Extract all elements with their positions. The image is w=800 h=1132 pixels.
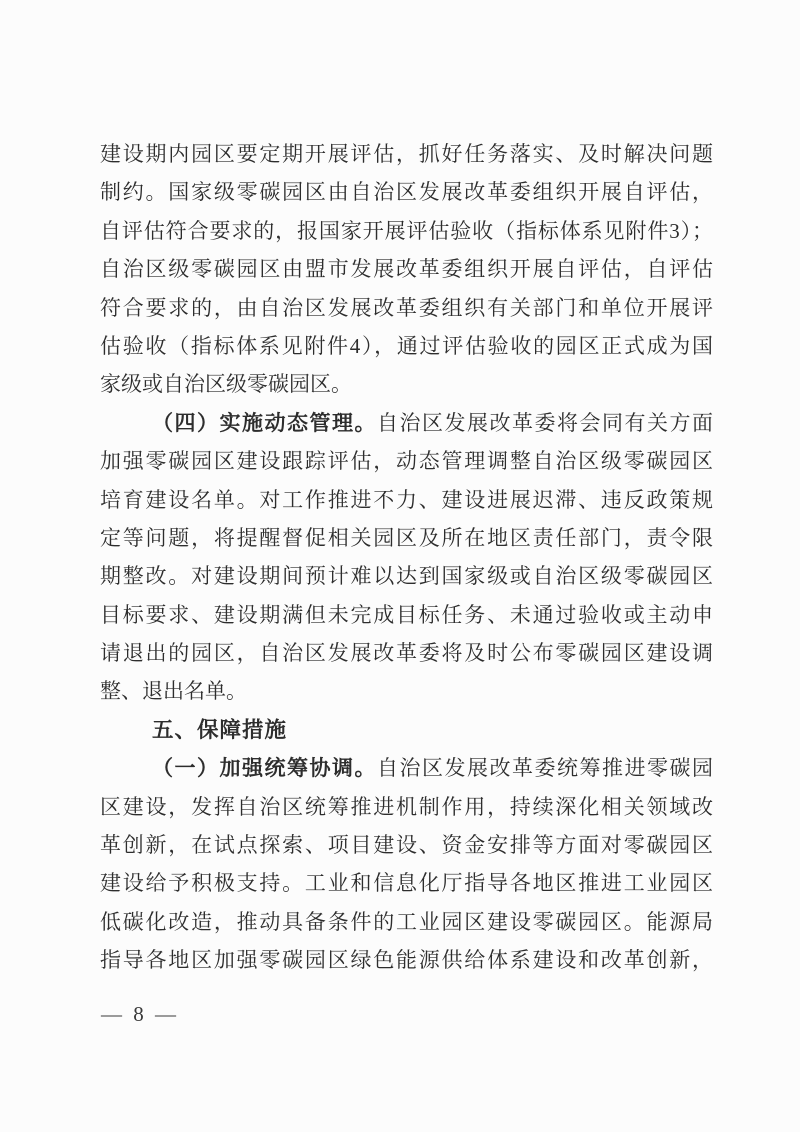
body-line: 估验收（指标体系见附件4），通过评估验收的园区正式成为国 xyxy=(100,327,713,365)
body-line: 自评估符合要求的，报国家开展评估验收（指标体系见附件3）； xyxy=(100,212,713,250)
body-line: 低碳化改造，推动具备条件的工业园区建设零碳园区。能源局 xyxy=(100,903,713,941)
body-line: 制约。国家级零碳园区由自治区发展改革委组织开展自评估， xyxy=(100,173,713,211)
body-line: 建设给予积极支持。工业和信息化厅指导各地区推进工业园区 xyxy=(100,864,713,902)
run-bold-lead: （一）加强统筹协调。 xyxy=(152,756,377,780)
body-line: 符合要求的，由自治区发展改革委组织有关部门和单位开展评 xyxy=(100,289,713,327)
body-line: 定等问题，将提醒督促相关园区及所在地区责任部门，责令限 xyxy=(100,519,713,557)
body-line: 指导各地区加强零碳园区绿色能源供给体系建设和改革创新， xyxy=(100,941,713,979)
paragraph-strengthen-coordination: （一）加强统筹协调。自治区发展改革委统筹推进零碳园 区建设，发挥自治区统筹推进机… xyxy=(100,749,713,979)
body-line: 目标要求、建设期满但未完成目标任务、未通过验收或主动申 xyxy=(100,596,713,634)
scanned-document-page: 建设期内园区要定期开展评估，抓好任务落实、及时解决问题 制约。国家级零碳园区由自… xyxy=(0,0,800,1132)
document-body: 建设期内园区要定期开展评估，抓好任务落实、及时解决问题 制约。国家级零碳园区由自… xyxy=(100,135,713,980)
paragraph-dynamic-management: （四）实施动态管理。自治区发展改革委将会同有关方面 加强零碳园区建设跟踪评估，动… xyxy=(100,404,713,711)
body-line: 加强零碳园区建设跟踪评估，动态管理调整自治区级零碳园区 xyxy=(100,442,713,480)
run-text: 自治区发展改革委将会同有关方面 xyxy=(377,411,713,435)
body-line: 建设期内园区要定期开展评估，抓好任务落实、及时解决问题 xyxy=(100,135,713,173)
body-line: 培育建设名单。对工作推进不力、建设进展迟滞、违反政策规 xyxy=(100,481,713,519)
body-line: （四）实施动态管理。自治区发展改革委将会同有关方面 xyxy=(100,404,713,442)
body-line: 请退出的园区，自治区发展改革委将及时公布零碳园区建设调 xyxy=(100,634,713,672)
body-line: 整、退出名单。 xyxy=(100,672,713,710)
page-number: — 8 — xyxy=(101,1002,179,1026)
section-heading-safeguard-measures: 五、保障措施 xyxy=(100,711,713,749)
body-line: 自治区级零碳园区由盟市发展改革委组织开展自评估，自评估 xyxy=(100,250,713,288)
paragraph-evaluation-acceptance: 建设期内园区要定期开展评估，抓好任务落实、及时解决问题 制约。国家级零碳园区由自… xyxy=(100,135,713,404)
page-footer: — 8 — xyxy=(101,999,179,1029)
body-line: 革创新，在试点探索、项目建设、资金安排等方面对零碳园区 xyxy=(100,826,713,864)
run-bold-lead: （四）实施动态管理。 xyxy=(152,411,377,435)
run-text: 自治区发展改革委统筹推进零碳园 xyxy=(377,756,713,780)
body-line: （一）加强统筹协调。自治区发展改革委统筹推进零碳园 xyxy=(100,749,713,787)
body-line: 家级或自治区级零碳园区。 xyxy=(100,365,713,403)
body-line: 区建设，发挥自治区统筹推进机制作用，持续深化相关领域改 xyxy=(100,788,713,826)
body-line: 期整改。对建设期间预计难以达到国家级或自治区级零碳园区 xyxy=(100,557,713,595)
